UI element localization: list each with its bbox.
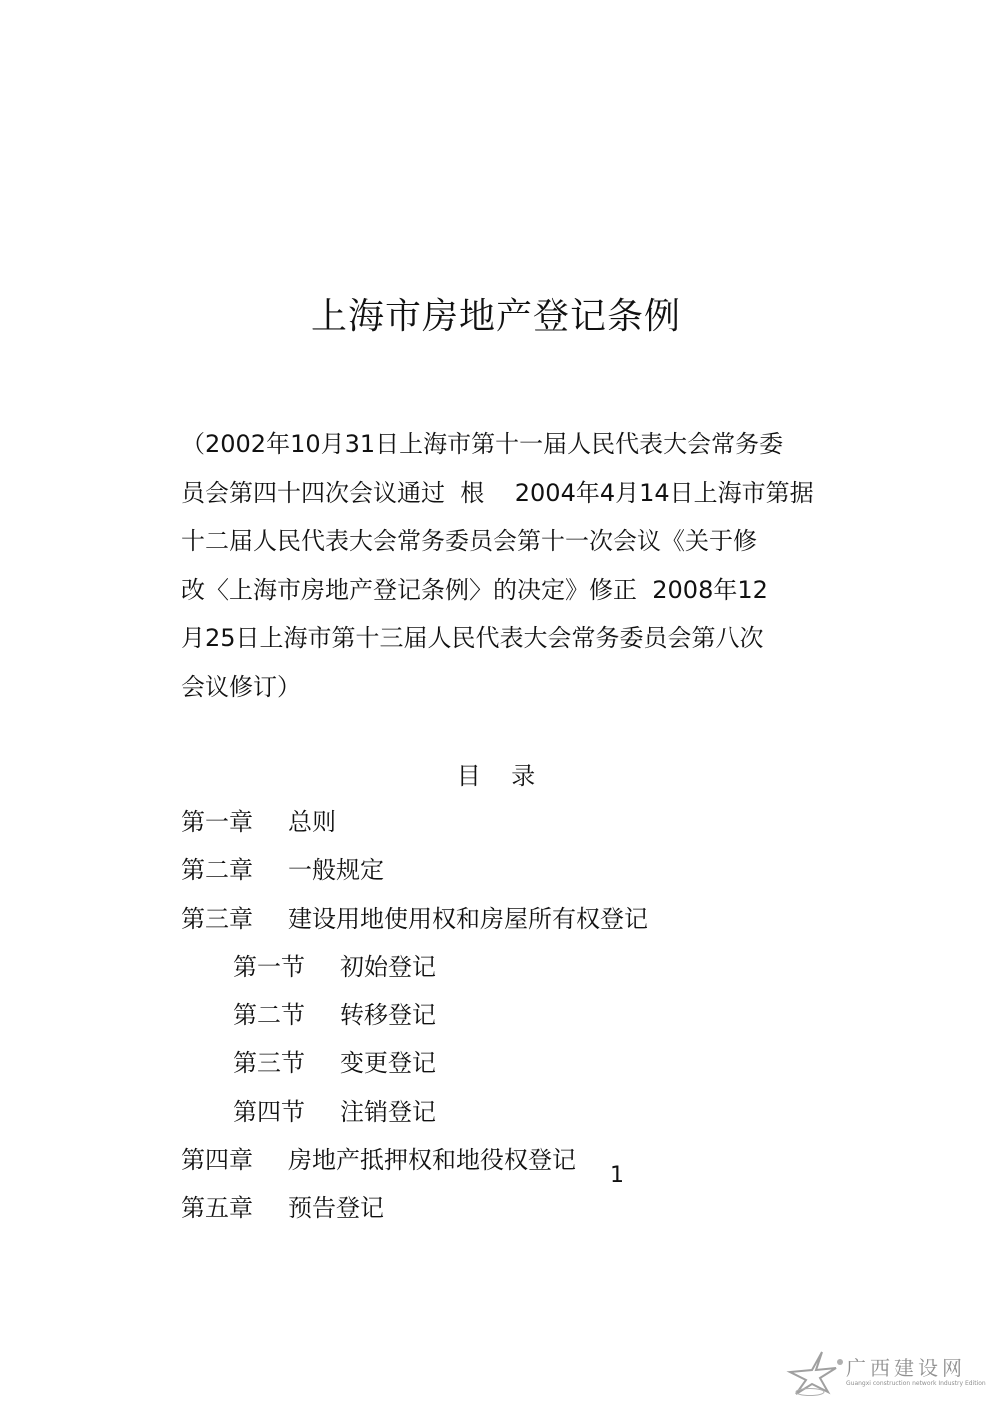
intro-line: 员会第四十四次会议通过 根 2004年4月14日上海市第据 <box>181 469 861 518</box>
page-number: 1 <box>610 1162 624 1190</box>
toc-entry-title: 一般规定 <box>288 852 384 900</box>
toc-entry-number: 第五章 <box>181 1190 288 1238</box>
intro-line: 月25日上海市第十三届人民代表大会常务委员会第八次 <box>181 614 861 663</box>
toc-entry-number: 第三节 <box>233 1045 340 1093</box>
toc-entry-title: 初始登记 <box>340 949 436 997</box>
intro-line: 改〈上海市房地产登记条例〉的决定》修正 2008年12 <box>181 566 861 615</box>
watermark-name-cn: 广西建设网 <box>846 1352 966 1381</box>
intro-line: 十二届人民代表大会常务委员会第十一次会议《关于修 <box>181 517 861 566</box>
toc-entry-title: 预告登记 <box>288 1190 384 1238</box>
toc-entry-number: 第四章 <box>181 1142 288 1190</box>
toc-entry-section-4: 第四节 注销登记 <box>181 1094 648 1142</box>
watermark-name-en: Guangxi construction network Industry Ed… <box>846 1380 986 1387</box>
toc-entry-section-2: 第二节 转移登记 <box>181 997 648 1045</box>
toc-entry-chapter-5: 第五章 预告登记 <box>181 1190 648 1238</box>
toc-entry-title: 房地产抵押权和地役权登记 <box>288 1142 576 1190</box>
page-title: 上海市房地产登记条例 <box>0 293 992 341</box>
toc-entry-number: 第二节 <box>233 997 340 1045</box>
toc-entry-number: 第四节 <box>233 1094 340 1142</box>
toc-entry-title: 建设用地使用权和房屋所有权登记 <box>288 901 648 949</box>
toc-entry-title: 注销登记 <box>340 1094 436 1142</box>
intro-line: 会议修订） <box>181 663 861 712</box>
toc-entry-number: 第一章 <box>181 804 288 852</box>
star-logo-icon <box>782 1348 844 1398</box>
intro-line: （2002年10月31日上海市第十一届人民代表大会常务委 <box>181 420 861 469</box>
toc-entry-number: 第三章 <box>181 901 288 949</box>
toc-entry-title: 总则 <box>288 804 336 852</box>
toc-entry-title: 转移登记 <box>340 997 436 1045</box>
toc-entry-chapter-3: 第三章 建设用地使用权和房屋所有权登记 <box>181 901 648 949</box>
table-of-contents: 第一章 总则 第二章 一般规定 第三章 建设用地使用权和房屋所有权登记 第一节 … <box>181 804 648 1239</box>
intro-paragraph: （2002年10月31日上海市第十一届人民代表大会常务委 员会第四十四次会议通过… <box>181 420 861 711</box>
toc-entry-section-1: 第一节 初始登记 <box>181 949 648 997</box>
toc-heading: 目 录 <box>0 758 992 794</box>
toc-entry-chapter-4: 第四章 房地产抵押权和地役权登记 <box>181 1142 648 1190</box>
watermark-logo: 广西建设网 Guangxi construction network Indus… <box>782 1348 987 1398</box>
toc-entry-number: 第一节 <box>233 949 340 997</box>
toc-entry-chapter-2: 第二章 一般规定 <box>181 852 648 900</box>
toc-entry-section-3: 第三节 变更登记 <box>181 1045 648 1093</box>
toc-entry-title: 变更登记 <box>340 1045 436 1093</box>
toc-entry-number: 第二章 <box>181 852 288 900</box>
toc-entry-chapter-1: 第一章 总则 <box>181 804 648 852</box>
